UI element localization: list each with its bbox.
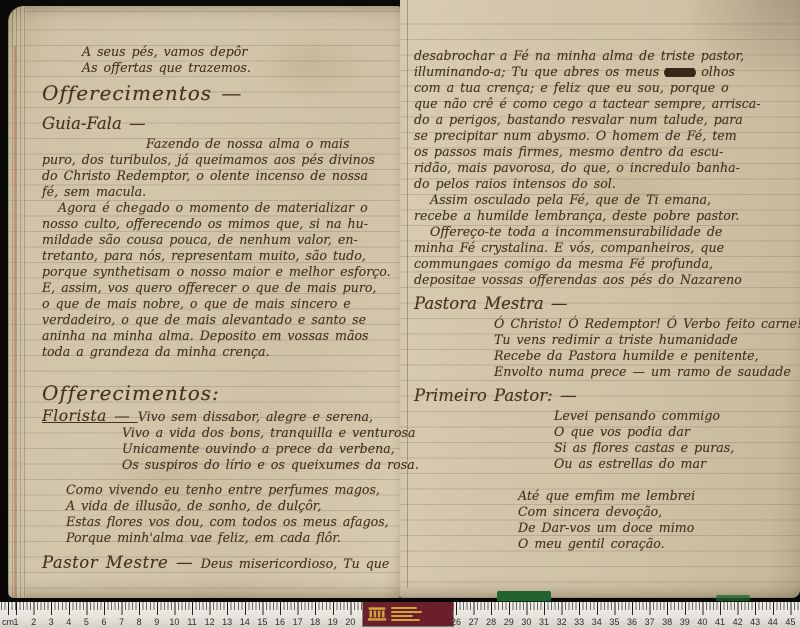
manuscript-line: Ou as estrellas do mar (554, 456, 798, 472)
manuscript-line: O que vos podia dar (554, 424, 798, 440)
manuscript-line: verdadeiro, o que de mais alevantado e s… (42, 312, 396, 328)
ruler-number: 40 (697, 617, 707, 627)
manuscript-line: Estas flores vos dou, com todos os meus … (66, 514, 396, 530)
manuscript-line: Pastora Mestra — (414, 292, 798, 316)
manuscript-line: depositae vossas offerendas aos pés do N… (414, 272, 798, 288)
ruler-number: 35 (609, 617, 619, 627)
manuscript-line: porque synthetisam o nosso maior e melho… (42, 264, 396, 280)
ruler-number: 10 (169, 617, 179, 627)
manuscript-line: desabrochar a Fé na minha alma de triste… (414, 48, 798, 64)
ruler-number: 8 (137, 617, 142, 627)
ruler-number: 16 (275, 617, 285, 627)
ruler-number: 18 (310, 617, 320, 627)
stamp-text-lines (391, 607, 449, 621)
ruler-number: 36 (627, 617, 637, 627)
ruler-number: 38 (662, 617, 672, 627)
manuscript-line: Com sincera devoção, (518, 504, 798, 520)
verse-speaker-label: Pastor Mestre — (42, 553, 201, 572)
manuscript-line: que não crê é como cego a tactear sempre… (414, 96, 798, 112)
manuscript-line: Como vivendo eu tenho entre perfumes mag… (66, 482, 396, 498)
manuscript-line: Vivo a vida dos bons, tranquilla e ventu… (122, 425, 396, 441)
manuscript-line: Os suspiros do lírio e os queixumes da r… (122, 457, 396, 473)
ruler-number: 1 (13, 617, 18, 627)
manuscript-line: Pastor Mestre — Deus misericordioso, Tu … (42, 555, 396, 572)
manuscript-line: E, assim, vos quero offerecer o que de m… (42, 280, 396, 296)
ruler-number: 12 (205, 617, 215, 627)
manuscript-line: Envolto numa prece — um ramo de saudade (494, 364, 798, 380)
manuscript-line: Si as flores castas e puras, (554, 440, 798, 456)
manuscript-line: recebe a humilde lembrança, deste pobre … (414, 208, 798, 224)
manuscript-line: A seus pés, vamos depôr (82, 44, 396, 60)
manuscript-line (42, 473, 396, 482)
manuscript-line (414, 472, 798, 488)
ruler-number: 33 (574, 617, 584, 627)
manuscript-line: Guia-Fala — (42, 112, 396, 136)
manuscript-line: Primeiro Pastor: — (414, 384, 798, 408)
manuscript-line: O meu gentil coração. (518, 536, 798, 552)
manuscript-line: commungaes comigo da mesma Fé profunda, (414, 256, 798, 272)
manuscript-line: Assim osculado pela Fé, que de Ti emana, (430, 192, 798, 208)
manuscript-line: puro, dos turibulos, já queimamos aos pé… (42, 152, 396, 168)
ink-scribble (664, 69, 696, 76)
manuscript-line: aninha na minha alma. Deposito em vossas… (42, 328, 396, 344)
ruler-number: 27 (469, 617, 479, 627)
ruler-number: 4 (66, 617, 71, 627)
manuscript-line: Levei pensando commigo (554, 408, 798, 424)
manuscript-line: ridão, mais pavorosa, do que, o incredul… (414, 160, 798, 176)
ruler-number: 32 (557, 617, 567, 627)
ruler-number: 17 (293, 617, 303, 627)
ruler-number: 2 (31, 617, 36, 627)
ruler-number: 34 (592, 617, 602, 627)
ruler-number: 44 (768, 617, 778, 627)
ruler-unit-label: cm (2, 617, 14, 627)
library-building-icon (367, 606, 387, 622)
manuscript-line: Fazendo de nossa alma o mais (146, 136, 396, 152)
right-page-lines: desabrochar a Fé na minha alma de triste… (414, 48, 798, 552)
manuscript-line: se precipitar num abysmo. O homem de Fé,… (414, 128, 798, 144)
manuscript-line: os passos mais firmes, mesmo dentro da e… (414, 144, 798, 160)
notebook-scan: A seus pés, vamos depôrAs offertas que t… (0, 0, 800, 628)
ruler-number: 9 (154, 617, 159, 627)
page-edge-stack (8, 6, 26, 598)
ruler-number: 42 (733, 617, 743, 627)
ruler-number: 31 (539, 617, 549, 627)
gutter-margin-line (407, 0, 408, 588)
manuscript-line: Recebe da Pastora humilde e penitente, (494, 348, 798, 364)
manuscript-line: com a tua crença; e feliz que eu sou, po… (414, 80, 798, 96)
manuscript-line (42, 360, 396, 376)
ruler-number: 39 (680, 617, 690, 627)
manuscript-line: toda a grandeza da minha crença. (42, 344, 396, 360)
manuscript-line: tretanto, para nós, representam muito, s… (42, 248, 396, 264)
manuscript-line: Unicamente ouvindo a prece da verbena, (122, 441, 396, 457)
manuscript-line: As offertas que trazemos. (82, 60, 396, 76)
ruler-number: 19 (328, 617, 338, 627)
manuscript-line: Offerecimentos — (42, 78, 396, 108)
manuscript-line: Até que emfim me lembrei (518, 488, 798, 504)
ruler-number: 7 (119, 617, 124, 627)
manuscript-line: A vida de illusão, de sonho, de dulçôr, (66, 498, 396, 514)
manuscript-line: do Christo Redemptor, o olente incenso d… (42, 168, 396, 184)
manuscript-line: do a perigos, bastando resvalar num talu… (414, 112, 798, 128)
manuscript-line: illuminando-a; Tu que abres os meusolhos (414, 64, 798, 80)
ruler-number: 41 (715, 617, 725, 627)
ruler-number: 37 (645, 617, 655, 627)
manuscript-line: fé, sem macula. (42, 184, 396, 200)
ruler-number: 28 (486, 617, 496, 627)
manuscript-line: Porque minh'alma vae feliz, em cada flôr… (66, 530, 396, 546)
library-stamp (363, 602, 453, 626)
ruler-number: 14 (240, 617, 250, 627)
manuscript-line: do pelos raios intensos do sol. (414, 176, 798, 192)
manuscript-line: De Dar-vos um doce mimo (518, 520, 798, 536)
ruler-number: 3 (49, 617, 54, 627)
manuscript-line: Offereço-te toda a incommensurabilidade … (430, 224, 798, 240)
ruler-number: 6 (101, 617, 106, 627)
manuscript-line: nosso culto, offerecendo os mimos que, s… (42, 216, 396, 232)
ruler-number: 13 (222, 617, 232, 627)
ruler-number: 43 (750, 617, 760, 627)
manuscript-line: Ó Christo! Ó Redemptor! Ó Verbo feito ca… (494, 316, 798, 332)
manuscript-line: Florista — Vivo sem dissabor, alegre e s… (42, 408, 396, 425)
manuscript-line: o que de mais nobre, o que de mais since… (42, 296, 396, 312)
ruler-number: 5 (84, 617, 89, 627)
manuscript-line: Offerecimentos: (42, 378, 396, 408)
ruler-number: 11 (187, 617, 196, 627)
manuscript-line: Agora é chegado o momento de materializa… (58, 200, 396, 216)
ruler-number: 29 (504, 617, 514, 627)
ruler-number: 30 (521, 617, 531, 627)
ruler-number: 45 (785, 617, 795, 627)
ruler-number: 20 (345, 617, 355, 627)
green-mat-patch (716, 595, 750, 602)
manuscript-line: Tu vens redimir a triste humanidade (494, 332, 798, 348)
left-page-lines: A seus pés, vamos depôrAs offertas que t… (42, 44, 396, 572)
manuscript-line: mildade são cousa pouca, de nenhum valor… (42, 232, 396, 248)
left-margin-line (14, 46, 16, 598)
ruler-number: 15 (257, 617, 267, 627)
verse-speaker-label: Florista — (42, 407, 138, 425)
manuscript-line: minha Fé crystalina. E vós, companheiros… (414, 240, 798, 256)
